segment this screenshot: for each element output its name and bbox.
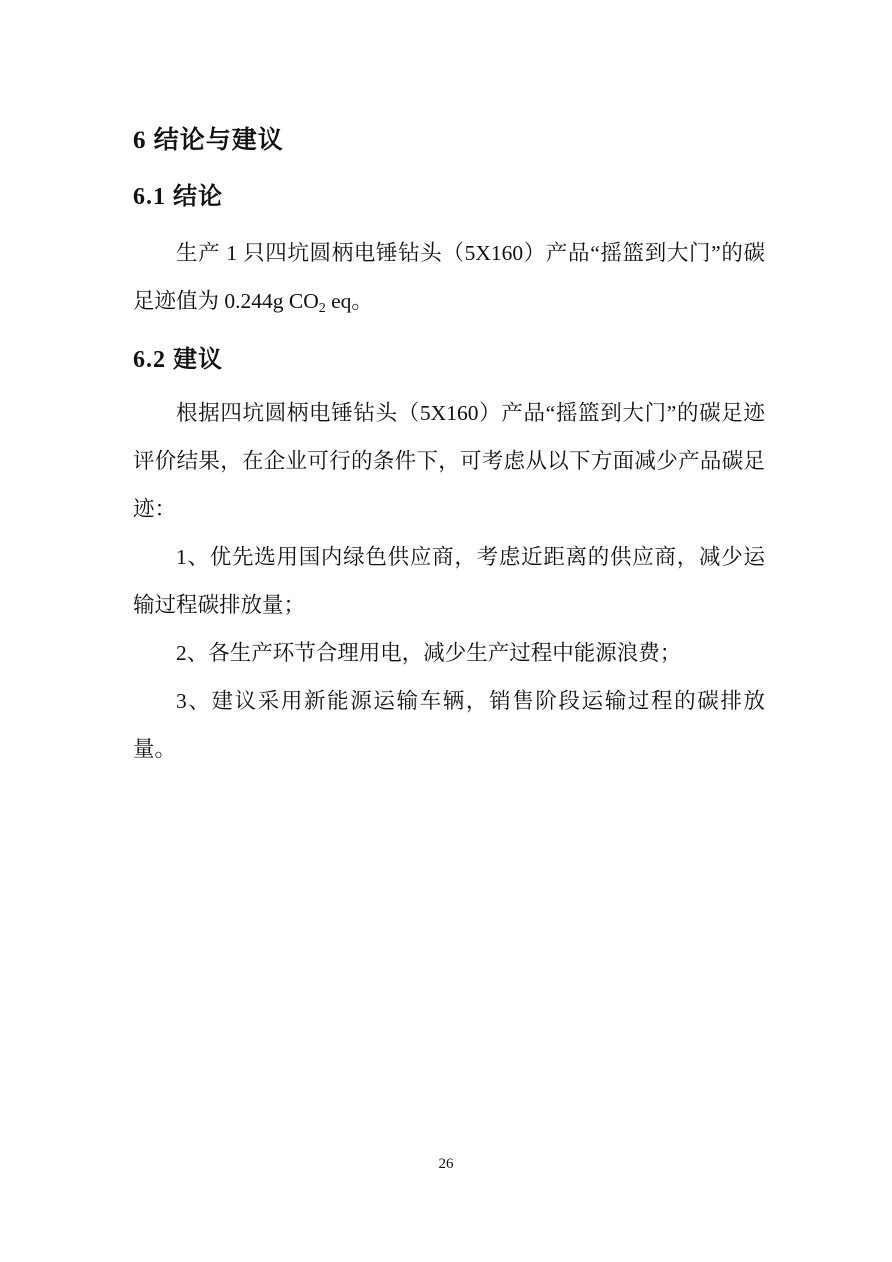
section-heading-conclusion: 6.1 结论 <box>133 180 765 214</box>
page-footer: 26 <box>0 1155 892 1173</box>
suggestion-list-item: 2、各生产环节合理用电，减少生产过程中能源浪费； <box>133 629 765 677</box>
conclusion-paragraph-text: 生产 1 只四坑圆柄电锤钻头（5X160）产品“摇篮到大门”的碳足迹值为 0.2… <box>133 241 765 313</box>
suggestion-list-item: 3、建议采用新能源运输车辆，销售阶段运输过程的碳排放量。 <box>133 677 765 773</box>
co2-subscript: 2 <box>319 301 326 316</box>
suggestion-intro-paragraph: 根据四坑圆柄电锤钻头（5X160）产品“摇篮到大门”的碳足迹评价结果，在企业可行… <box>133 389 765 533</box>
page-number: 26 <box>439 1156 454 1172</box>
chapter-heading: 6 结论与建议 <box>133 124 765 158</box>
conclusion-paragraph: 生产 1 只四坑圆柄电锤钻头（5X160）产品“摇篮到大门”的碳足迹值为 0.2… <box>133 229 765 325</box>
document-body: 6 结论与建议 6.1 结论 生产 1 只四坑圆柄电锤钻头（5X160）产品“摇… <box>133 0 765 773</box>
document-page: 6 结论与建议 6.1 结论 生产 1 只四坑圆柄电锤钻头（5X160）产品“摇… <box>0 0 892 1262</box>
conclusion-paragraph-tail: eq。 <box>326 289 373 313</box>
section-heading-suggestion: 6.2 建议 <box>133 343 765 377</box>
suggestion-list-item: 1、优先选用国内绿色供应商，考虑近距离的供应商，减少运输过程碳排放量； <box>133 533 765 629</box>
